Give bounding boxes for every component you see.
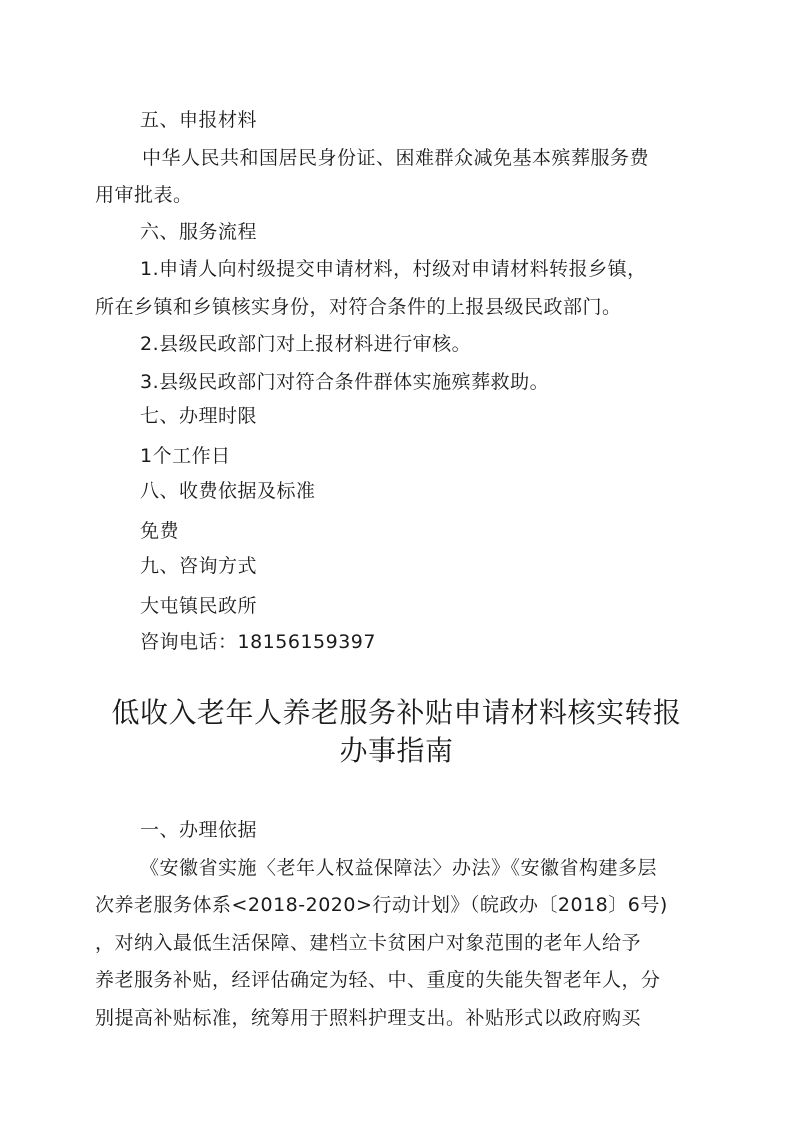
paragraph-text: 免费 [140,519,179,543]
paragraph-text: 2.县级民政部门对上报材料进行审核。 [140,332,471,356]
section-heading-service-process: 六、服务流程 [140,220,257,244]
paragraph-text: ，对纳入最低生活保障、建档立卡贫困户对象范围的老年人给予 [95,931,641,955]
section-heading-fees: 八、收费依据及标准 [140,479,316,503]
section-heading-application-materials: 五、申报材料 [140,108,257,132]
paragraph-text: 次养老服务体系<2018-2020>行动计划》（皖政办〔2018〕6号) [95,893,668,917]
paragraph-text: 用审批表。 [95,183,193,207]
contact-phone: 咨询电话：18156159397 [140,630,376,654]
paragraph-text: 别提高补贴标准，统筹用于照料护理支出。补贴形式以政府购买 [95,1006,641,1030]
guide-title-line2: 办事指南 [0,733,793,769]
paragraph-text: 1.申请人向村级提交申请材料，村级对申请材料转报乡镇， [140,257,647,281]
guide-title-line1: 低收入老年人养老服务补贴申请材料核实转报 [0,695,793,731]
paragraph-text: 大屯镇民政所 [140,594,257,618]
paragraph-text: 养老服务补贴，经评估确定为轻、中、重度的失能失智老年人，分 [95,968,661,992]
section-heading-contact: 九、咨询方式 [140,554,257,578]
paragraph-text: 所在乡镇和乡镇核实身份，对符合条件的上报县级民政部门。 [95,295,622,319]
paragraph-text: 1个工作日 [140,444,231,468]
paragraph-text: 3.县级民政部门对符合条件群体实施殡葬救助。 [140,370,549,394]
section-heading-processing-time: 七、办理时限 [140,404,257,428]
section-heading-legal-basis: 一、办理依据 [140,818,257,842]
paragraph-text: 《安徽省实施〈老年人权益保障法〉办法》《安徽省构建多层 [140,856,657,880]
paragraph-text: 中华人民共和国居民身份证、困难群众减免基本殡葬服务费 [142,146,649,170]
